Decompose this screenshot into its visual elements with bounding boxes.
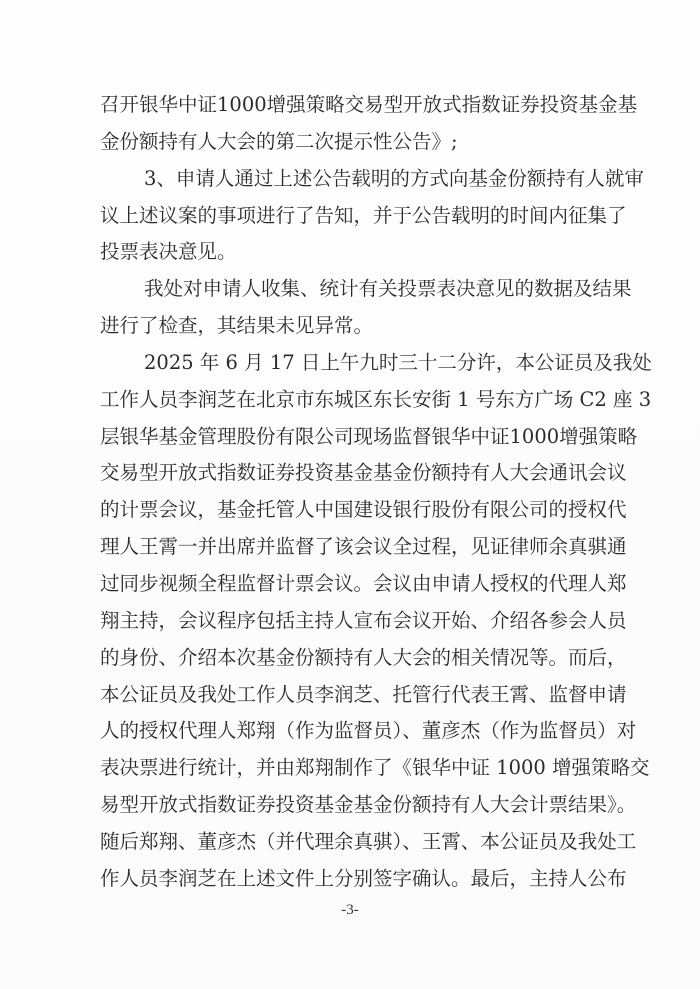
- text-line: 本公证员及我处工作人员李润芝、托管行代表王霄、监督申请: [100, 677, 610, 714]
- text-line: 议上述议案的事项进行了告知，并于公告载明的时间内征集了: [100, 198, 610, 235]
- text-line: 随后郑翔、董彦杰（并代理余真骐）、王霄、本公证员及我处工: [100, 824, 610, 861]
- text-line: 理人王霄一并出席并监督了该会议全过程，见证律师余真骐通: [100, 529, 610, 566]
- text-line: 金份额持有人大会的第二次提示性公告》;: [100, 124, 610, 161]
- text-line: 3、申请人通过上述公告载明的方式向基金份额持有人就审: [100, 161, 610, 198]
- document-page: 召开银华中证1000增强策略交易型开放式指数证券投资基金基金份额持有人大会的第二…: [0, 0, 700, 989]
- text-line: 人的授权代理人郑翔（作为监督员）、董彦杰（作为监督员）对: [100, 713, 610, 750]
- page-number: -3-: [0, 902, 700, 919]
- text-line: 易型开放式指数证券投资基金基金份额持有人大会计票结果》。: [100, 787, 610, 824]
- text-line: 进行了检查，其结果未见异常。: [100, 308, 610, 345]
- text-line: 2025 年 6 月 17 日上午九时三十二分许，本公证员及我处: [100, 345, 610, 382]
- text-line: 过同步视频全程监督计票会议。会议由申请人授权的代理人郑: [100, 566, 610, 603]
- text-line: 层银华基金管理股份有限公司现场监督银华中证1000增强策略: [100, 419, 610, 456]
- document-body: 召开银华中证1000增强策略交易型开放式指数证券投资基金基金份额持有人大会的第二…: [100, 87, 610, 898]
- text-line: 投票表决意见。: [100, 234, 610, 271]
- text-line: 的计票会议，基金托管人中国建设银行股份有限公司的授权代: [100, 492, 610, 529]
- text-line: 我处对申请人收集、统计有关投票表决意见的数据及结果: [100, 271, 610, 308]
- text-line: 交易型开放式指数证券投资基金基金份额持有人大会通讯会议: [100, 455, 610, 492]
- text-line: 表决票进行统计，并由郑翔制作了《银华中证 1000 增强策略交: [100, 750, 610, 787]
- text-line: 工作人员李润芝在北京市东城区东长安街 1 号东方广场 C2 座 3: [100, 382, 610, 419]
- text-line: 的身份、介绍本次基金份额持有人大会的相关情况等。而后，: [100, 640, 610, 677]
- text-line: 翔主持，会议程序包括主持人宣布会议开始、介绍各参会人员: [100, 603, 610, 640]
- text-line: 作人员李润芝在上述文件上分别签字确认。最后，主持人公布: [100, 861, 610, 898]
- text-line: 召开银华中证1000增强策略交易型开放式指数证券投资基金基: [100, 87, 610, 124]
